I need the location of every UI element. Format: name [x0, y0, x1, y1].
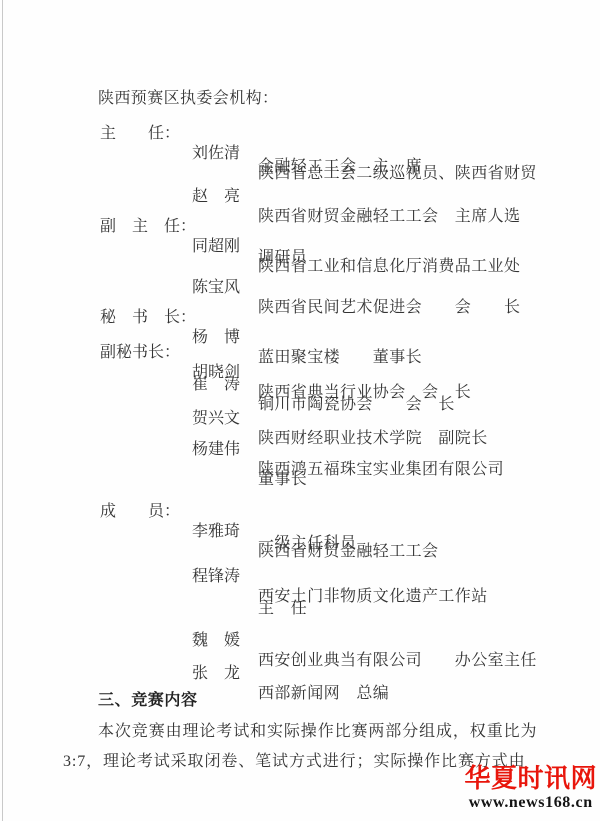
committee-row: 主 任 — [0, 579, 600, 601]
site-watermark: 华夏时讯网 www.news168.cn — [464, 763, 597, 811]
committee-row: 金融轻工工会 主 席 — [0, 137, 600, 159]
body-paragraph-line: 本次竞赛由理论考试和实际操作比赛两部分组成，权重比为 — [0, 702, 600, 724]
committee-row: 一级主任科员 — [0, 514, 600, 536]
committee-row: 副秘书长： 胡晓剑 陕西省典当行业协会 会 长 — [0, 323, 600, 345]
section-intro-line: 陕西预赛区执委会机构： — [0, 69, 600, 91]
body-paragraph-line: 3:7，理论考试采取闭卷、笔试方式进行；实际操作比赛方式由 — [0, 732, 600, 754]
committee-row: 主 任： 刘佐清 陕西省总工会二级巡视员、陕西省财贸 — [0, 104, 600, 126]
committee-row: 调研员 — [0, 228, 600, 250]
document-page: 陕西预赛区执委会机构： 主 任： 刘佐清 陕西省总工会二级巡视员、陕西省财贸 金… — [0, 0, 600, 821]
paragraph-text: 3:7，理论考试采取闭卷、笔试方式进行；实际操作比赛方式由 — [63, 752, 526, 772]
committee-row: 陈宝风 陕西省民间艺术促进会 会 长 — [0, 258, 600, 280]
committee-row: 副 主 任： 同超刚 陕西省工业和信息化厅消费品工业处 — [0, 197, 600, 219]
committee-row: 魏 媛 西安创业典当有限公司 办公室主任 — [0, 611, 600, 633]
watermark-url-text: www.news168.cn — [464, 794, 597, 811]
section-heading-line: 三、竞赛内容 — [0, 671, 600, 693]
committee-row: 董事长 — [0, 450, 600, 472]
committee-row: 贺兴文 陕西财经职业技术学院 副院长 — [0, 389, 600, 411]
committee-row: 赵 亮 陕西省财贸金融轻工工会 主席人选 — [0, 167, 600, 189]
committee-row: 成 员： 李雅琦 陕西省财贸金融轻工工会 — [0, 482, 600, 504]
committee-row: 程锋涛 西安土门非物质文化遗产工作站 — [0, 547, 600, 569]
committee-row: 杨建伟 陕西鸿五福珠宝实业集团有限公司 — [0, 420, 600, 442]
committee-row: 崔 涛 铜川市陶瓷协会 会 长 — [0, 355, 600, 377]
committee-row: 张 龙 西部新闻网 总编 — [0, 644, 600, 666]
watermark-brand-text: 华夏时讯网 — [464, 763, 597, 794]
committee-row: 秘 书 长： 杨 博 蓝田聚宝楼 董事长 — [0, 288, 600, 310]
